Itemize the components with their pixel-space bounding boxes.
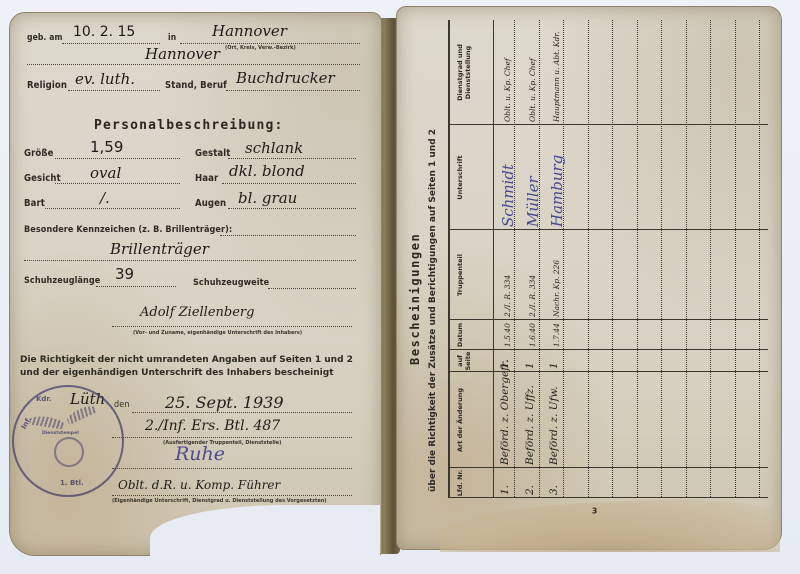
cell-change: Beförd. z. Uffz.: [524, 385, 536, 465]
officer-rank-line: [112, 495, 352, 496]
cell-page: 1.: [499, 359, 511, 369]
page-number-right: 3: [592, 507, 598, 516]
field-value-build: schlank: [245, 139, 303, 157]
cell-rank: Oblt. u. Kp. Chef: [528, 58, 537, 122]
field-label-build: Gestalt: [195, 148, 230, 159]
officer-signature-line: [112, 468, 352, 469]
field-line: [55, 158, 180, 159]
field-value-hair: dkl. blond: [229, 162, 305, 180]
row-dotted-line: [563, 20, 564, 498]
row-dotted-line: [588, 20, 589, 498]
right-page-content: Bescheinigungen über die Richtigkeit der…: [396, 6, 780, 548]
cell-signature: Hamburg: [548, 155, 566, 227]
stamp-wing-right: [65, 403, 96, 425]
stamp-inner-ring: [54, 437, 84, 467]
column-header: Datum: [456, 321, 464, 349]
column-header: Art der Änderung: [456, 373, 464, 467]
certifications-table: Bescheinigungen über die Richtigkeit der…: [396, 20, 780, 520]
issue-date-line: [132, 412, 352, 413]
field-line: [228, 158, 356, 159]
column-separator: [448, 497, 768, 498]
row-dotted-line: [759, 20, 760, 498]
field-value-face: oval: [90, 164, 121, 182]
unit-line: [112, 437, 352, 438]
cell-nr: 1.: [499, 485, 511, 495]
column-separator: [448, 349, 768, 350]
field-label-height: Größe: [24, 148, 54, 159]
field-line: [228, 208, 356, 209]
cell-date: 1.7.44: [552, 323, 561, 347]
born-label: geb. am: [27, 33, 63, 43]
holder-signature-caption: (Vor- und Zuname, eigenhändige Unterschr…: [133, 330, 302, 336]
birthplace: Hannover: [212, 22, 287, 40]
occupation-label: Stand, Beruf: [165, 80, 227, 91]
shoe-width-line: [268, 288, 356, 289]
cell-date: 1.6.40: [528, 323, 537, 347]
den-label: den: [114, 400, 130, 410]
row-dotted-line: [612, 20, 613, 498]
stamp-caption: Dienststempel: [42, 431, 79, 436]
field-line: [222, 183, 356, 184]
column-header: Dienstgrad und Dienststellung: [456, 21, 472, 124]
cell-unit: Nachr. Kp. 226: [552, 260, 561, 317]
cell-nr: 2.: [524, 485, 536, 495]
column-header: Truppenteil: [456, 231, 464, 319]
stamp-text-bottom: 1. Btl.: [60, 479, 84, 487]
field-label-beard: Bart: [24, 198, 45, 209]
row-dotted-line: [735, 20, 736, 498]
cell-page: 1: [548, 362, 560, 369]
field-line: [55, 183, 180, 184]
column-separator: [448, 467, 768, 468]
shoe-width-label: Schuhzeugweite: [193, 278, 269, 288]
religion-value: ev. luth.: [75, 70, 135, 88]
born-date-line: [62, 43, 160, 44]
section-title: Personalbeschreibung:: [94, 118, 284, 133]
column-separator: [448, 229, 768, 230]
born-date: 10. 2. 15: [73, 24, 135, 40]
row-dotted-line: [686, 20, 687, 498]
cell-change: Beförd. z. Obergefr.: [499, 360, 511, 465]
cell-rank: Hauptmann u. Abt. Kdr.: [552, 32, 561, 122]
certifications-subtitle: über die Richtigkeit der Zusätze und Ber…: [428, 129, 438, 492]
cell-nr: 3.: [548, 485, 560, 495]
marks-label: Besondere Kennzeichen (z. B. Brillenträg…: [24, 225, 232, 235]
officer-caption: (Eigenhändige Unterschrift, Dienstgrad u…: [112, 498, 327, 504]
birthplace-line2-dots: [27, 64, 360, 65]
column-separator: [448, 319, 768, 320]
religion-line: [68, 90, 160, 91]
stamp-wing-left: [29, 415, 64, 430]
marks-value: Brillenträger: [110, 240, 209, 258]
column-header: Unterschrift: [456, 126, 464, 229]
field-value-beard: /.: [100, 189, 110, 207]
in-label: in: [168, 33, 176, 43]
marks-line2: [24, 260, 356, 261]
cell-signature: Schmidt: [499, 164, 517, 227]
birthplace-line2: Hannover: [145, 45, 220, 63]
shoe-length-label: Schuhzeuglänge: [24, 276, 100, 286]
column-header: auf Seite: [456, 351, 472, 371]
officer-signature: Ruhe: [175, 443, 225, 465]
cell-date: 1.5.40: [503, 323, 512, 347]
left-page-content: geb. am 10. 2. 15 in Hannover (Ort, Krei…: [0, 0, 390, 574]
holder-signature: Adolf Ziellenberg: [140, 305, 254, 320]
column-header: Lfd. Nr.: [456, 469, 464, 497]
issue-date: 25. Sept. 1939: [165, 393, 284, 412]
field-label-hair: Haar: [195, 173, 218, 184]
officer-rank: Oblt. d.R. u. Komp. Führer: [118, 478, 280, 492]
occupation-line: [226, 90, 360, 91]
cell-unit: 2./I. R. 334: [503, 275, 512, 317]
birthplace-caption: (Ort, Kreis, Verw.-Bezirk): [225, 45, 296, 51]
marks-line: [220, 235, 356, 236]
table-top-rule: [448, 20, 450, 498]
cell-unit: 2./I. R. 334: [528, 275, 537, 317]
religion-label: Religion: [27, 80, 67, 91]
occupation-value: Buchdrucker: [236, 69, 335, 87]
row-dotted-line: [514, 20, 515, 498]
shoe-length-value: 39: [115, 265, 134, 283]
holder-signature-line: [112, 326, 352, 327]
stamp-text-top: Kdr.: [36, 395, 52, 403]
cell-change: Beförd. z. Ufw.: [548, 386, 560, 465]
row-dotted-line: [637, 20, 638, 498]
field-line: [45, 208, 180, 209]
cell-page: 1: [524, 362, 536, 369]
column-separator: [448, 124, 768, 125]
field-value-height: 1,59: [90, 138, 123, 156]
row-dotted-line: [710, 20, 711, 498]
official-stamp: Kdr. Inf. Dienststempel 1. Btl.: [12, 385, 124, 497]
unit-value: 2./Inf. Ers. Btl. 487: [145, 418, 280, 434]
row-dotted-line: [539, 20, 540, 498]
column-separator: [448, 371, 768, 372]
certification-text: Die Richtigkeit der nicht umrandeten Ang…: [20, 354, 360, 380]
field-label-eyes: Augen: [195, 198, 226, 209]
header-rule: [493, 20, 494, 498]
cell-rank: Oblt. u. Kp. Chef: [503, 58, 512, 122]
cell-signature: Müller: [524, 176, 542, 227]
row-dotted-line: [661, 20, 662, 498]
certifications-title: Bescheinigungen: [408, 233, 422, 365]
shoe-length-line: [96, 286, 176, 287]
field-value-eyes: bl. grau: [238, 189, 297, 207]
birthplace-line: [180, 43, 360, 44]
